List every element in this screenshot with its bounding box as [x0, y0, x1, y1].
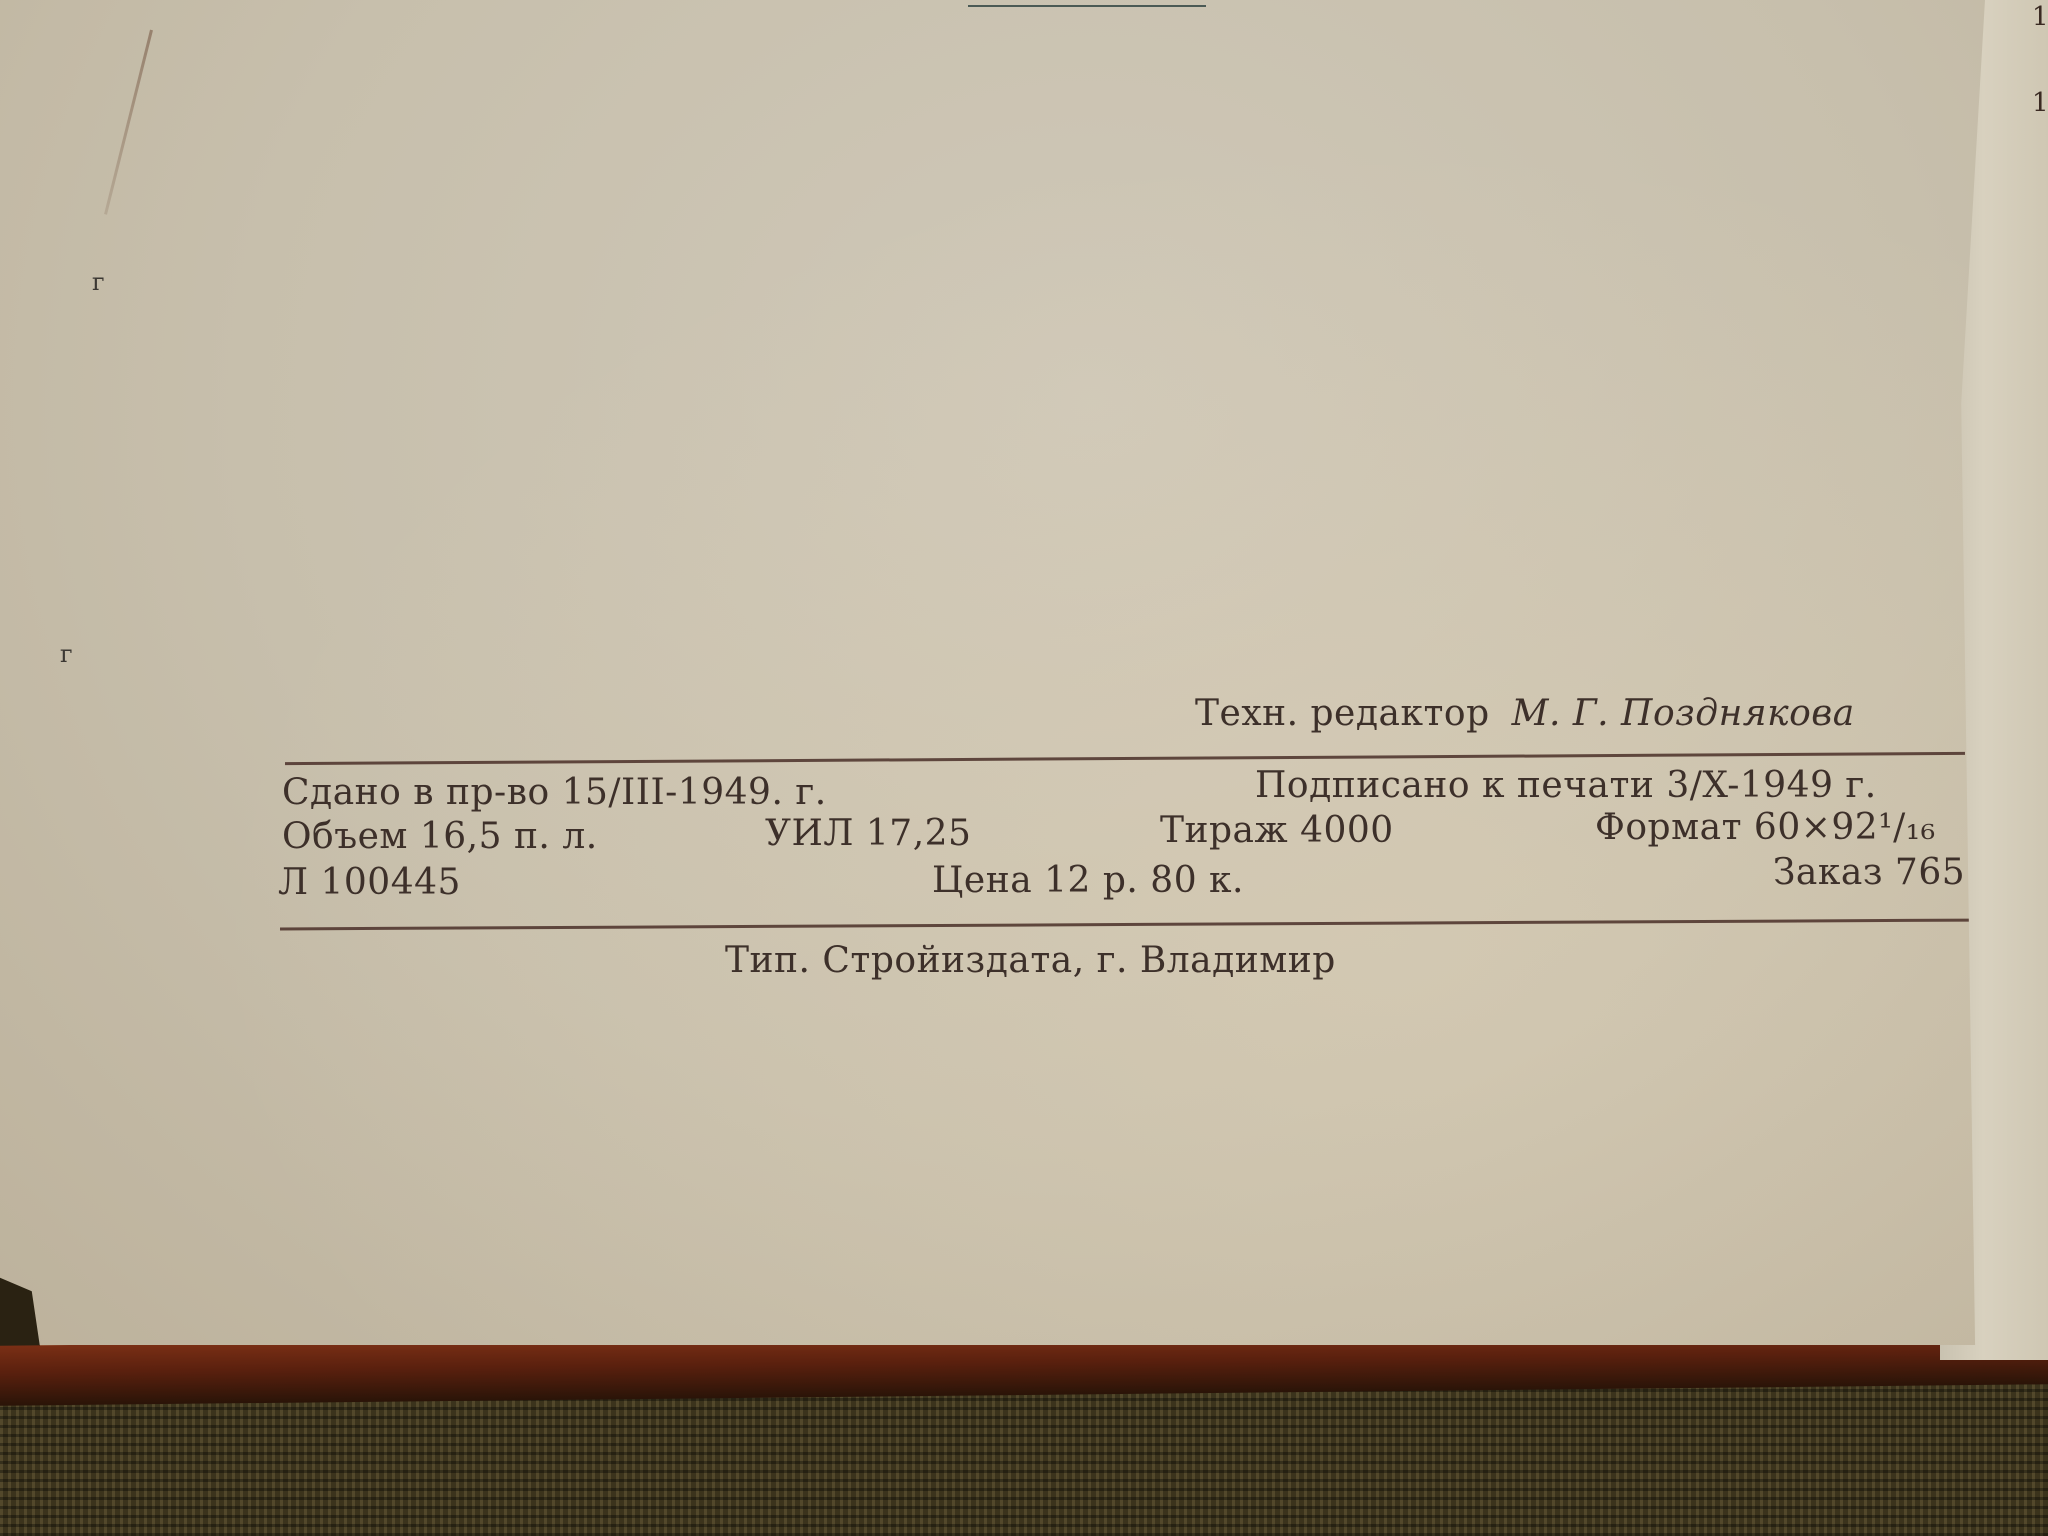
- submitted-date: Сдано в пр-во 15/III-1949. г.: [282, 772, 827, 813]
- table-cloth-background: [0, 1380, 2048, 1536]
- book-page: г г Техн. редактор М. Г. Позднякова Сдан…: [0, 0, 1985, 1345]
- uil-value: УИЛ 17,25: [765, 813, 971, 854]
- signed-for-print-date: Подписано к печати 3/X-1949 г.: [1255, 765, 1877, 806]
- tech-editor-label: Техн. редактор: [1195, 693, 1490, 734]
- printer-line: Тип. Стройиздата, г. Владимир: [725, 940, 1336, 981]
- colophon-imprint: Техн. редактор М. Г. Позднякова Сдано в …: [0, 0, 1985, 1345]
- upper-rule: [285, 752, 1965, 765]
- license-number: Л 100445: [278, 862, 461, 903]
- order-number: Заказ 765: [1773, 852, 1965, 893]
- adjacent-page-fragment: 1: [2032, 2, 2048, 32]
- print-run: Тираж 4000: [1160, 810, 1394, 851]
- tech-editor-line: Техн. редактор М. Г. Позднякова: [1195, 693, 1855, 734]
- volume: Объем 16,5 п. л.: [282, 816, 598, 857]
- lower-rule: [280, 919, 1978, 931]
- paper-format: Формат 60×92¹/₁₆: [1595, 807, 1936, 848]
- tech-editor-name: М. Г. Позднякова: [1512, 693, 1855, 734]
- price: Цена 12 р. 80 к.: [932, 860, 1244, 901]
- adjacent-page-fragment: 1: [2032, 88, 2048, 118]
